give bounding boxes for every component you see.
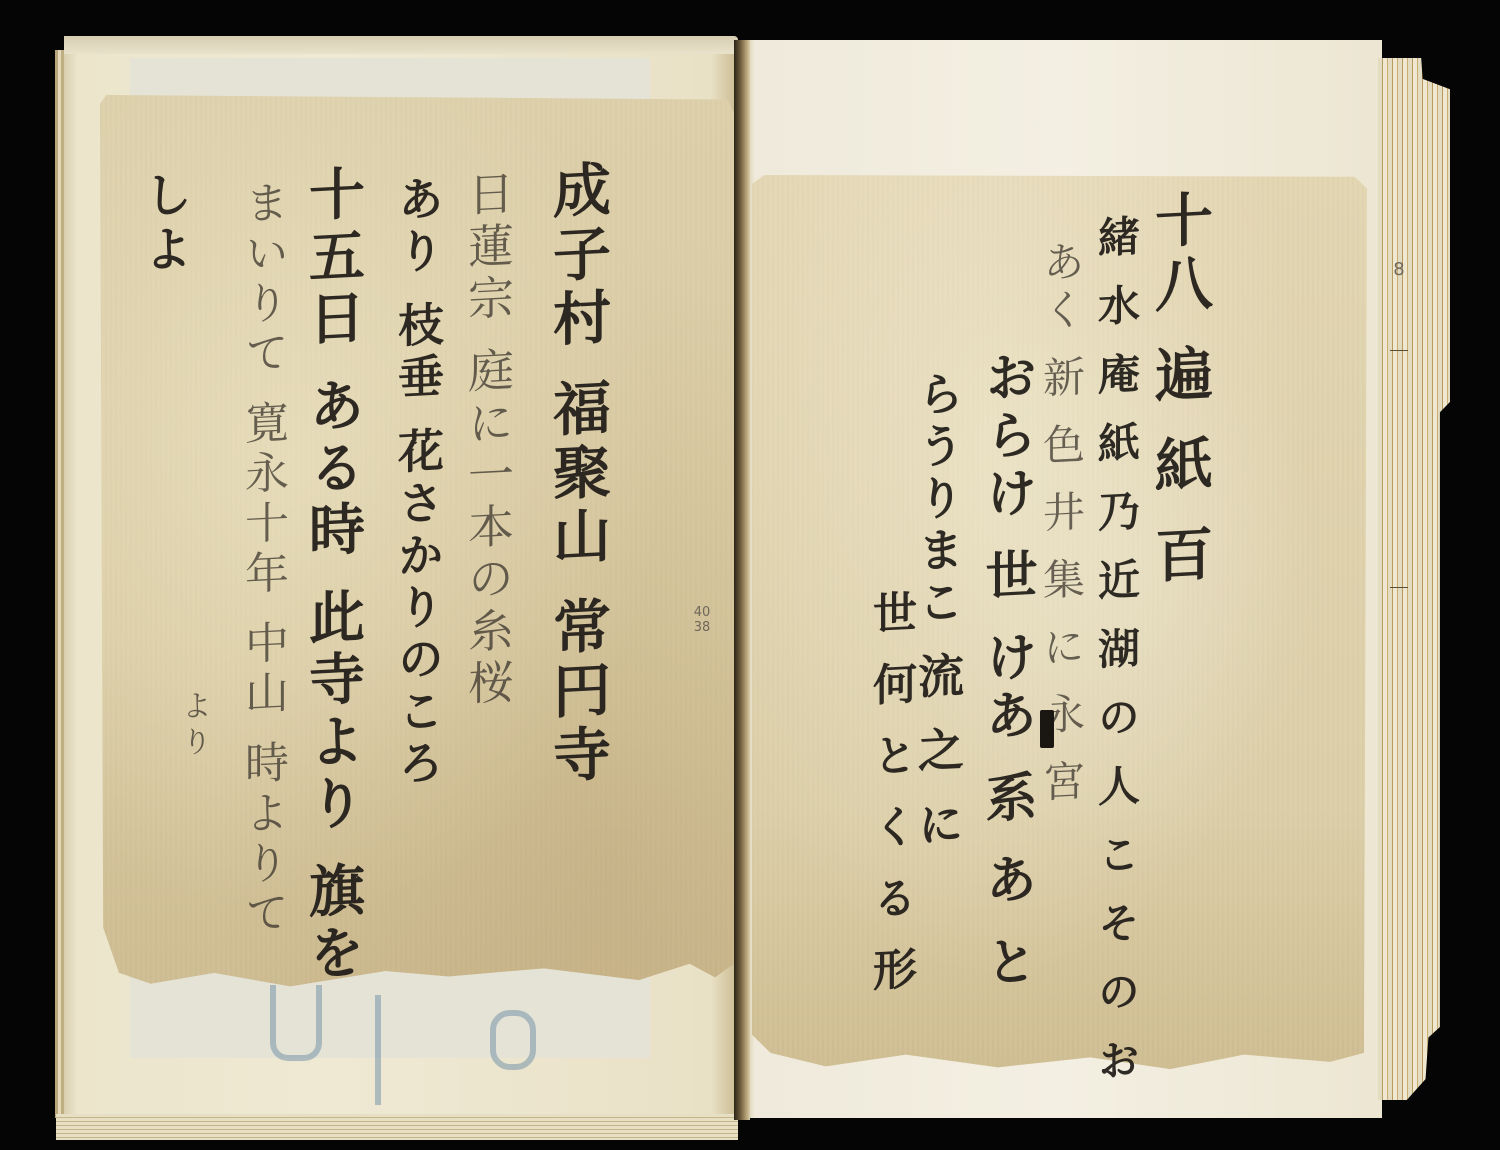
edge-tick (1390, 587, 1408, 588)
book-photo: 成子村 福聚山 常円寺 日蓮宗 庭に一本の糸桜 あり 枝垂 花さかりのころ 十五… (0, 0, 1500, 1150)
pencil-page-number-right: 8 (1390, 262, 1408, 277)
left-column-5: まいりて 寛永十年 中山 時よりて (240, 179, 284, 941)
edge-tick (1390, 350, 1408, 351)
left-column-2: 日蓮宗 庭に一本の糸桜 (465, 169, 511, 712)
pencil-number-bottom: 38 (690, 620, 714, 635)
left-column-1: 成子村 福聚山 常円寺 (548, 158, 606, 789)
pencil-number-top: 40 (690, 605, 714, 620)
right-page-edges (1378, 58, 1450, 1100)
pencil-page-number: 40 38 (690, 605, 714, 635)
right-column-5: らうりまこ 流 之 に (915, 369, 961, 853)
right-column-1: 十八 遍 紙 百 (1150, 188, 1208, 590)
ink-blot (1040, 710, 1054, 748)
left-page-edges (56, 1114, 738, 1140)
right-column-2: 緒 水 庵 紙 乃 近 湖 の 人 こ そ の お (1095, 214, 1137, 1088)
left-column-6: より (178, 689, 208, 763)
left-column-3: あり 枝垂 花さかりのころ (395, 174, 441, 792)
right-column-6: 世 何 と く る 形 (868, 589, 912, 998)
show-through-mark (270, 985, 322, 1061)
show-through-mark (375, 995, 381, 1105)
book-spine (734, 40, 750, 1120)
right-column-4: おらけ 世 けあ 系 あ と (980, 349, 1032, 994)
show-through-mark (490, 1010, 536, 1070)
left-column-4: 十五日 ある時 此寺より 旗を (305, 164, 361, 987)
left-column-7: しよ (140, 169, 188, 280)
